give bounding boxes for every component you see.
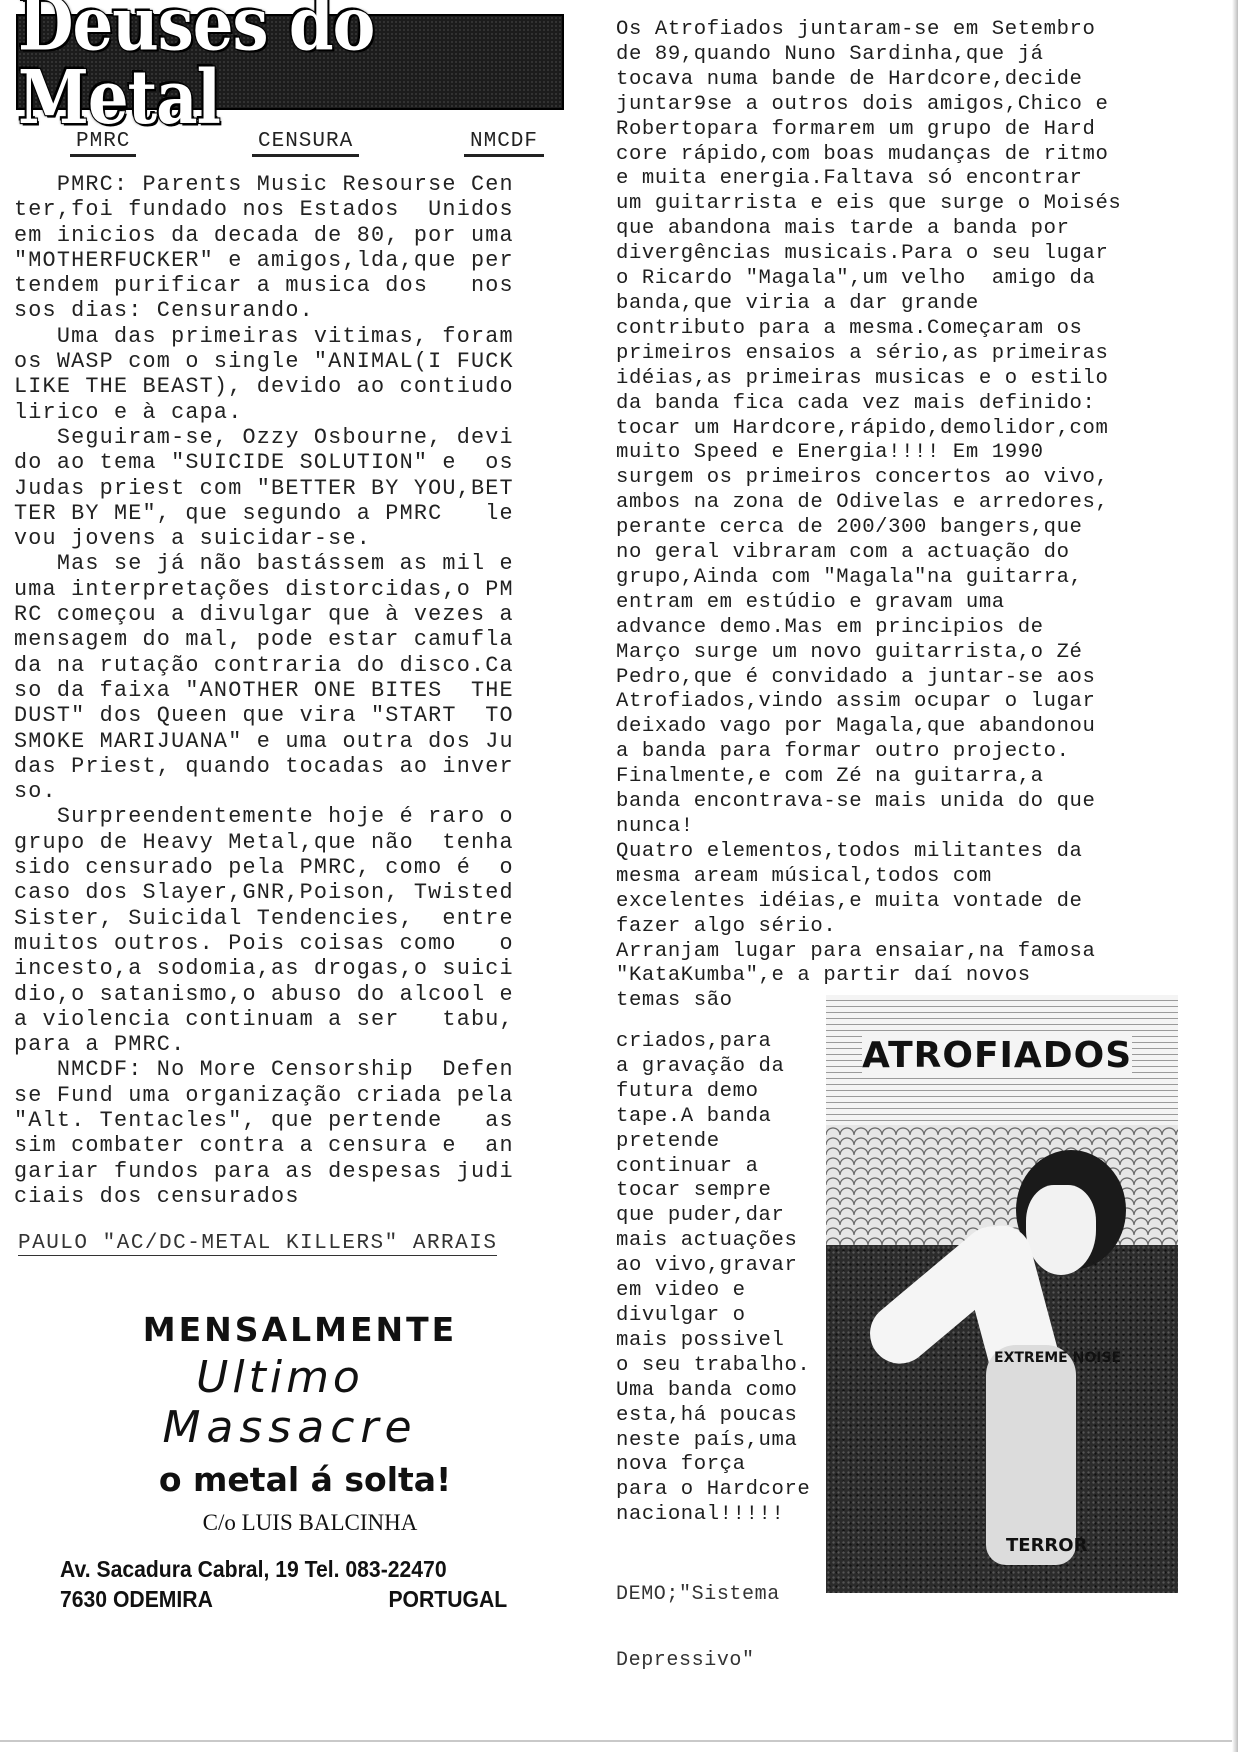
text-line: ciais dos censurados [14,1184,574,1209]
advert-frequency: MENSALMENTE [110,1310,490,1349]
text-line: mesma aream músical,todos com [616,865,1176,890]
page-bottom-edge [0,1740,1232,1742]
text-line: a gravação da [616,1055,826,1080]
text-line: "MOTHERFUCKER" e amigos,lda,que per [14,248,574,273]
text-line: uma interpretações distorcidas,o PM [14,577,574,602]
text-line: os WASP com o single "ANIMAL(I FUCK [14,349,574,374]
text-line: NMCDF: No More Censorship Defen [14,1057,574,1082]
text-line: vou jovens a suicidar-se. [14,526,574,551]
text-line: "KataKumba",e a partir daí novos [616,964,1176,989]
text-line: que abandona mais tarde a banda por [616,217,1176,242]
text-line: neste país,uma [616,1429,826,1454]
figure-face [1026,1185,1096,1275]
text-line: divergências musicais.Para o seu lugar [616,242,1176,267]
text-line: um guitarrista e eis que surge o Moisés [616,192,1176,217]
advert-city-line: 7630 ODEMIRA PORTUGAL [60,1586,502,1613]
text-line: o seu trabalho. [616,1354,826,1379]
text-line: idéias,as primeiras musicas e o estilo [616,367,1176,392]
masthead-banner: Deuses do Metal [16,14,564,110]
text-line: primeiros ensaios a sério,as primeiras [616,342,1176,367]
advert-title-line1: Ultimo [130,1352,430,1403]
advert-address: Av. Sacadura Cabral, 19 Tel. 083-22470 [60,1556,502,1583]
text-line: Seguiram-se, Ozzy Osbourne, devi [14,425,574,450]
advert-postcode-city: 7630 ODEMIRA [60,1586,213,1612]
text-line: nunca! [616,815,1176,840]
text-line: Sister, Suicidal Tendencies, entre [14,906,574,931]
text-line: continuar a [616,1155,826,1180]
text-line: deixado vago por Magala,que abandonou [616,715,1176,740]
text-line: da banda fica cada vez mais definido: [616,392,1176,417]
text-line: SMOKE MARIJUANA" e uma outra dos Ju [14,729,574,754]
advert-country: PORTUGAL [388,1586,507,1613]
text-line: nova força [616,1453,826,1478]
text-line: Judas priest com "BETTER BY YOU,BET [14,476,574,501]
text-line: muito Speed e Energia!!!! Em 1990 [616,441,1176,466]
text-line: sido censurado pela PMRC, como é o [14,855,574,880]
text-line: fazer algo sério. [616,915,1176,940]
text-line: mais actuações [616,1229,826,1254]
text-line: surgem os primeiros concertos ao vivo, [616,466,1176,491]
text-line: de 89,quando Nuno Sardinha,que já [616,43,1176,68]
atrofiados-article-continued: criados,paraa gravação dafutura demotape… [616,1030,826,1528]
subhead-pmrc: PMRC [70,130,136,157]
demo-credit-line1: DEMO;"Sistema [616,1584,780,1606]
subhead-nmcdf: NMCDF [464,130,544,157]
censorship-article: PMRC: Parents Music Resourse Center,foi … [14,172,574,1209]
text-line: do ao tema "SUICIDE SOLUTION" e os [14,450,574,475]
advert-slogan: o metal á solta! [115,1460,495,1499]
text-line: futura demo [616,1080,826,1105]
text-line: divulgar o [616,1304,826,1329]
text-line: "Alt. Tentacles", que pertende as [14,1108,574,1133]
text-line: esta,há poucas [616,1404,826,1429]
text-line: criados,para [616,1030,826,1055]
atrofiados-article: Os Atrofiados juntaram-se em Setembrode … [616,18,1176,1014]
text-line: grupo,Ainda com "Magala"na guitarra, [616,566,1176,591]
masthead-title: Deuses do Metal [18,0,562,136]
text-line: se Fund uma organização criada pela [14,1083,574,1108]
text-line: muitos outros. Pois coisas como o [14,931,574,956]
text-line: banda,que viria a dar grande [616,292,1176,317]
text-line: caso dos Slayer,GNR,Poison, Twisted [14,880,574,905]
text-line: a banda para formar outro projecto. [616,740,1176,765]
demo-credit: DEMO;"Sistema Depressivo" [616,1540,780,1694]
text-line: PMRC: Parents Music Resourse Cen [14,172,574,197]
text-line: core rápido,com boas mudanças de ritmo [616,143,1176,168]
text-line: Pedro,que é convidado a juntar-se aos [616,666,1176,691]
advert-contact-name: C/o LUIS BALCINHA [150,1510,470,1536]
text-line: incesto,a sodomia,as drogas,o suici [14,956,574,981]
text-line: no geral vibraram com a actuação do [616,541,1176,566]
text-line: para a PMRC. [14,1032,574,1057]
text-line: Finalmente,e com Zé na guitarra,a [616,765,1176,790]
band-logo: ATROFIADOS [862,1033,1132,1078]
text-line: pretende [616,1130,826,1155]
text-line: da na rutação contraria do disco.Ca [14,653,574,678]
text-line: so da faixa "ANOTHER ONE BITES THE [14,678,574,703]
text-line: contributo para a mesma.Começaram os [616,317,1176,342]
text-line: sos dias: Censurando. [14,298,574,323]
text-line: Mas se já não bastássem as mil e [14,551,574,576]
shirt-text-top: EXTREME NOISE [994,1350,1121,1366]
text-line: Março surge um novo guitarrista,o Zé [616,641,1176,666]
text-line: perante cerca de 200/300 bangers,que [616,516,1176,541]
text-line: dio,o satanismo,o abuso do alcool e [14,982,574,1007]
text-line: grupo de Heavy Metal,que não tenha [14,830,574,855]
demo-credit-line2: Depressivo" [616,1650,780,1672]
text-line: juntar9se a outros dois amigos,Chico e [616,93,1176,118]
text-line: Arranjam lugar para ensaiar,na famosa [616,940,1176,965]
text-line: DUST" dos Queen que vira "START TO [14,703,574,728]
text-line: e muita energia.Faltava só encontrar [616,167,1176,192]
shirt-text-bottom: TERROR [1006,1535,1087,1556]
text-line: tendem purificar a musica dos nos [14,273,574,298]
section-subheads: PMRC CENSURA NMCDF [16,130,566,158]
band-photo: ATROFIADOS EXTREME NOISE TERROR [826,995,1178,1593]
text-line: tocava numa bande de Hardcore,decide [616,68,1176,93]
text-line: em inicios da decada de 80, por uma [14,223,574,248]
text-line: so. [14,779,574,804]
text-line: ter,foi fundado nos Estados Unidos [14,197,574,222]
text-line: o Ricardo "Magala",um velho amigo da [616,267,1176,292]
text-line: TER BY ME", que segundo a PMRC le [14,501,574,526]
text-line: tape.A banda [616,1105,826,1130]
text-line: que puder,dar [616,1204,826,1229]
text-line: mais possivel [616,1329,826,1354]
text-line: lirico e à capa. [14,400,574,425]
article-byline: PAULO "AC/DC-METAL KILLERS" ARRAIS [18,1232,497,1256]
text-line: Uma das primeiras vitimas, foram [14,324,574,349]
text-line: sim combater contra a censura e an [14,1133,574,1158]
text-line: das Priest, quando tocadas ao inver [14,754,574,779]
shirt-print [986,1345,1076,1565]
text-line: Robertopara formarem um grupo de Hard [616,118,1176,143]
text-line: excelentes idéias,e muita vontade de [616,890,1176,915]
text-line: RC começou a divulgar que à vezes a [14,602,574,627]
text-line: ao vivo,gravar [616,1254,826,1279]
text-line: mensagem do mal, pode estar camufla [14,627,574,652]
text-line: Quatro elementos,todos militantes da [616,840,1176,865]
text-line: tocar sempre [616,1179,826,1204]
text-line: Atrofiados,vindo assim ocupar o lugar [616,690,1176,715]
text-line: a violencia continuam a ser tabu, [14,1007,574,1032]
text-line: nacional!!!!! [616,1503,826,1528]
text-line: gariar fundos para as despesas judi [14,1159,574,1184]
text-line: tocar um Hardcore,rápido,demolidor,com [616,417,1176,442]
text-line: Uma banda como [616,1379,826,1404]
text-line: ambos na zona de Odivelas e arredores, [616,491,1176,516]
page-edge [1232,0,1238,1752]
text-line: em video e [616,1279,826,1304]
text-line: Os Atrofiados juntaram-se em Setembro [616,18,1176,43]
advert-title-line2: Massacre [130,1402,450,1453]
text-line: entram em estúdio e gravam uma [616,591,1176,616]
text-line: advance demo.Mas em principios de [616,616,1176,641]
text-line: para o Hardcore [616,1478,826,1503]
text-line: banda encontrava-se mais unida do que [616,790,1176,815]
subhead-censura: CENSURA [252,130,359,157]
text-line: Surpreendentemente hoje é raro o [14,804,574,829]
text-line: LIKE THE BEAST), devido ao contiudo [14,374,574,399]
